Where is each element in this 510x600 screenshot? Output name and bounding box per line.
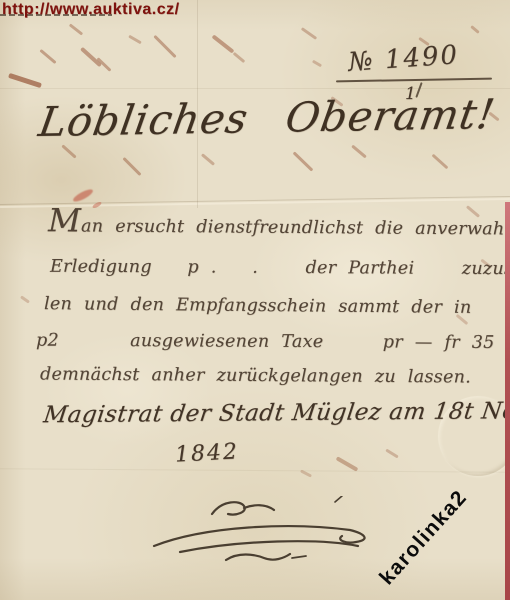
document-number: № 1490 (347, 40, 460, 78)
body-line: p2 ausgewiesenen Taxe pr — fr 35 k. CMz (36, 331, 510, 354)
body-line: Erledigung p . . der Parthei zuzustel. (50, 257, 510, 280)
fold-crease (0, 468, 510, 473)
seller-watermark: karolinka2 (375, 486, 472, 590)
body-line: len und den Empfangsschein sammt der in (44, 294, 472, 318)
signature-flourish (150, 496, 380, 570)
salutation: Löbliches Oberamt! (36, 90, 499, 146)
scan-edge-stripe (505, 202, 510, 600)
year: 1842 (174, 439, 239, 467)
dateline: Magistrat der Stadt Müglez am 18t Novber (42, 398, 510, 429)
body-line: demnächst anher zurückgelangen zu lassen… (40, 364, 471, 387)
scanned-letter-page: http://www.auktiva.cz/ № 1490 1 Löbliche… (0, 0, 510, 600)
source-url-watermark: http://www.auktiva.cz/ (2, 1, 180, 19)
fold-crease (0, 88, 510, 89)
body-line: Man ersucht dienstfreundlichst die anver… (48, 216, 510, 240)
number-underline (336, 78, 492, 83)
